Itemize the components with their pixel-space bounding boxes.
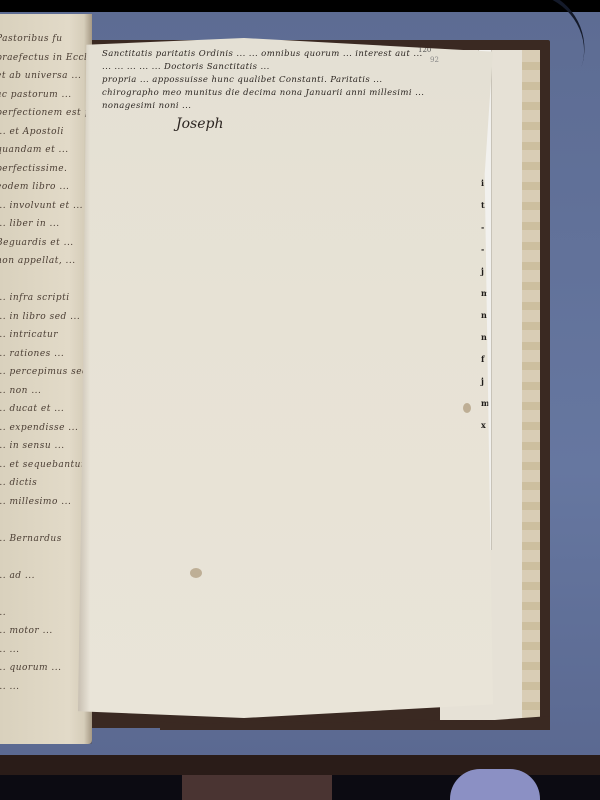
left-page-line: et ab universa ... [0, 71, 81, 81]
left-page-line: ... infra scripti [0, 293, 70, 303]
left-page-line: ... intricatur [0, 330, 58, 340]
signature: Joseph [176, 116, 224, 132]
left-page-line: ... millesimo ... [0, 497, 71, 507]
left-page-line: ... expendisse ... [0, 423, 78, 433]
left-page-line: ... rationes ... [0, 349, 64, 359]
left-page-line: ... quorum ... [0, 663, 62, 673]
left-page-line: ... ad ... [0, 571, 35, 581]
handwritten-text: Sanctitatis paritatis Ordinis ... ... om… [102, 48, 482, 113]
manuscript-page: 120 92 Sanctitatis paritatis Ordinis ...… [78, 38, 493, 718]
deckled-edge [522, 50, 540, 720]
left-page-line: Beguardis et ... [0, 238, 74, 248]
text-line: Sanctitatis paritatis Ordinis ... ... om… [102, 48, 482, 61]
left-page-line: ... motor ... [0, 626, 53, 636]
left-page-line: quandam et ... [0, 145, 69, 155]
ink-spot [190, 568, 202, 578]
left-page-line: ... in sensu ... [0, 441, 65, 451]
cloth [450, 769, 540, 800]
left-page-line: ... Bernardus [0, 534, 62, 544]
cardboard-box [182, 775, 332, 800]
left-page-line: ... involvunt et ... [0, 201, 83, 211]
left-page-line: ... ducat et ... [0, 404, 64, 414]
left-page-line: ... [0, 608, 6, 618]
left-page-line: ... liber in ... [0, 219, 60, 229]
left-page-line: ... ... [0, 682, 20, 692]
left-page-line: ... et Apostoli [0, 127, 64, 137]
left-page: Pastoribus fupraefectus in Ecclesiaet ab… [0, 14, 92, 744]
left-page-line: ... in libro sed ... [0, 312, 80, 322]
text-line: ... ... ... ... ... Doctoris Sanctitatis… [102, 61, 482, 74]
floor-area [0, 775, 600, 800]
text-line: chirographo meo munitus die decima nona … [102, 87, 482, 100]
stain [463, 403, 471, 413]
left-page-line: ... dictis [0, 478, 37, 488]
left-page-line: ... non ... [0, 386, 41, 396]
left-page-line: perfectissime. [0, 164, 67, 174]
left-page-line: ac pastorum ... [0, 90, 72, 100]
left-page-line: eodem libro ... [0, 182, 69, 192]
left-page-line: ... ... [0, 645, 20, 655]
left-page-line: non appellat, ... [0, 256, 76, 266]
text-line: propria ... appossuisse hunc qualibet Co… [102, 74, 482, 87]
text-line: nonagesimi noni ... [102, 100, 482, 113]
left-page-line: Pastoribus fu [0, 34, 63, 44]
